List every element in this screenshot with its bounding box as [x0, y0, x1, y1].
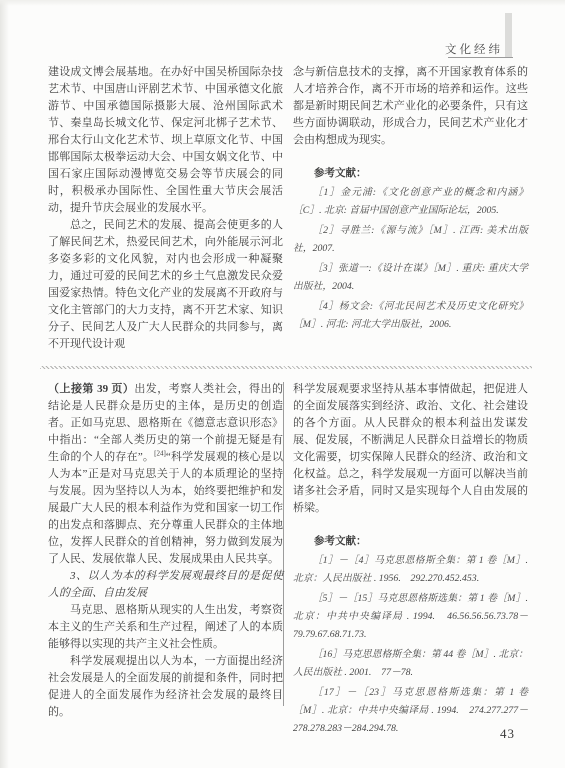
reference-item: ［17］－［23］马克思恩格斯选集：第 1 卷［M］. 北京：中共中央编译局 .… [293, 684, 528, 738]
body-paragraph: 科学发展观要求坚持从基本事情做起，把促进人的全面发展落实到经济、政治、文化、社会… [293, 381, 528, 517]
article-end-left-column: 建设成文博会展基地。在办好中国吴桥国际杂技艺术节、中国唐山评剧艺术节、中国承德文… [48, 64, 283, 353]
body-paragraph: （上接第 39 页）出发，考察人类社会，得出的结论是人民群众是历史的主体，是历史… [48, 381, 283, 568]
references-title: 参考文献： [293, 533, 528, 550]
body-paragraph: 总之，民间艺术的发展、提高会使更多的人了解民间艺术，热爱民间艺术，向外能展示河北… [48, 217, 283, 353]
journal-page: 文化经纬 建设成文博会展基地。在办好中国吴桥国际杂技艺术节、中国唐山评剧艺术节、… [0, 0, 565, 768]
reference-item: ［3］张道一:《设计在谋》［M］. 重庆: 重庆大学出版社，2004. [293, 260, 528, 296]
article-divider [40, 366, 532, 369]
continued-from-label: （上接第 39 页） [48, 383, 134, 395]
body-paragraph: 科学发展观提出以人为本，一方面提出经济社会发展是人的全面发展的前提和条件，同时把… [48, 653, 283, 721]
header-rule [448, 57, 513, 58]
body-paragraph: 建设成文博会展基地。在办好中国吴桥国际杂技艺术节、中国唐山评剧艺术节、中国承德文… [48, 64, 283, 217]
subsection-heading: 3、以人为本的科学发展观最终目的是促使人的全面、自由发展 [48, 568, 283, 602]
article-continued-section: （上接第 39 页）出发，考察人类社会，得出的结论是人民群众是历史的主体，是历史… [48, 381, 528, 738]
reference-item: ［4］杨文会:《河北民间艺术及历史文化研究》［M］. 河北: 河北大学出版社，2… [293, 298, 528, 334]
references-title: 参考文献： [293, 165, 528, 182]
page-number: 43 [500, 726, 515, 742]
article-cont-right-column: 科学发展观要求坚持从基本事情做起，把促进人的全面发展落实到经济、政治、文化、社会… [293, 381, 528, 738]
header-accent-bar [505, 13, 512, 58]
header-section-label: 文化经纬 [445, 41, 503, 57]
body-paragraph: 马克思、恩格斯从现实的人生出发，考察资本主义的生产关系和生产过程，阐述了人的本质… [48, 602, 283, 653]
reference-item: ［1］金元浦:《文化创意产业的概念和内涵》［C］. 北京: 首届中国创意产业国际… [293, 184, 528, 220]
article-cont-left-column: （上接第 39 页）出发，考察人类社会，得出的结论是人民群众是历史的主体，是历史… [48, 381, 283, 738]
reference-item: ［16］马克思恩格斯全集：第 44 卷［M］. 北京：人民出版社 . 2001.… [293, 646, 528, 682]
citation-superscript: [24] [154, 449, 166, 457]
article-end-section: 建设成文博会展基地。在办好中国吴桥国际杂技艺术节、中国唐山评剧艺术节、中国承德文… [48, 64, 528, 353]
reference-item: ［2］寻胜兰:《源与流》［M］. 江西: 美术出版社，2007. [293, 222, 528, 258]
body-text: “科学发展观的核心是以人为本”正是对马克思关于人的本质理论的坚持与发展。因为坚持… [48, 451, 283, 565]
article-end-right-column: 念与新信息技术的支撑，离不开国家教育体系的人才培养合作，离不开市场的培养和运作。… [293, 64, 528, 353]
reference-item: ［1］－［4］马克思恩格斯全集：第 1 卷［M］. 北京：人民出版社 . 195… [293, 552, 528, 588]
body-paragraph: 念与新信息技术的支撑，离不开国家教育体系的人才培养合作，离不开市场的培养和运作。… [293, 64, 528, 149]
reference-item: ［5］－［15］马克思恩格斯选集：第 1 卷［M］. 北京：中共中央编译局 . … [293, 590, 528, 644]
